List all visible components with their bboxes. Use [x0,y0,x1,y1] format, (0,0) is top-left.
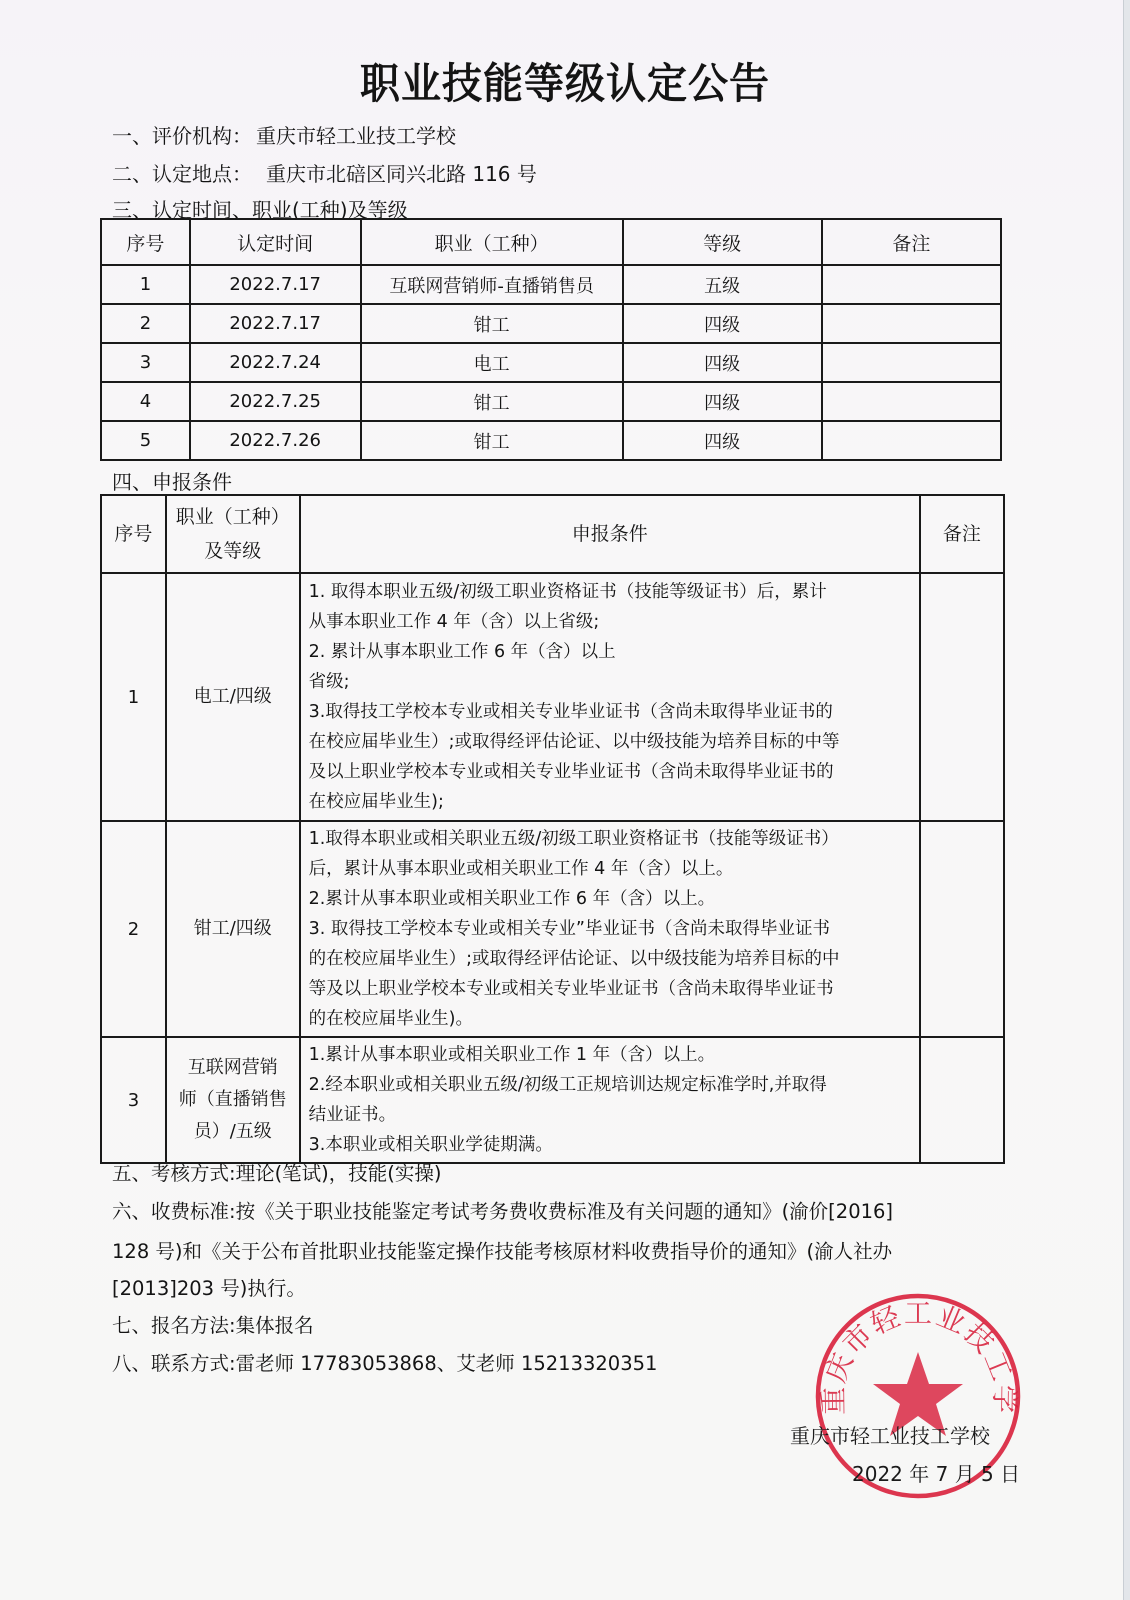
cell-conditions: 1. 取得本职业五级/初级工职业资格证书（技能等级证书）后，累计 从事本职业工作… [300,573,920,821]
section-contact: 八、联系方式:雷老师 17783053868、艾老师 15213320351 [112,1348,657,1376]
section-fee-line3: [2013]203 号)执行。 [112,1273,306,1301]
section-registration: 七、报名方法:集体报名 [112,1310,314,1338]
condition-line: 3.本职业或相关职业学徒期满。 [309,1130,915,1160]
cell-date: 2022.7.17 [190,304,361,343]
occupation-line: 员）/五级 [167,1116,299,1148]
occupation-line: 电工/四级 [167,681,299,713]
section-evaluator: 一、评价机构：重庆市轻工业技工学校 [112,120,456,149]
table-header-row: 序号 认定时间 职业（工种） 等级 备注 [101,219,1001,265]
condition-line: 在校应届毕业生); [309,787,915,817]
cell-date: 2022.7.25 [190,382,361,421]
cell-no: 2 [101,304,190,343]
signature-date: 2022 年 7 月 5 日 [852,1458,1020,1487]
document-page: 职业技能等级认定公告 一、评价机构：重庆市轻工业技工学校 二、认定地点：重庆市北… [0,0,1130,1600]
header-occupation-line1: 职业（工种） [167,500,299,534]
cell-no: 1 [101,265,190,304]
section-value: 重庆市轻工业技工学校 [256,124,456,148]
condition-line: 结业证书。 [309,1100,915,1130]
section-value: 重庆市北碚区同兴北路 116 号 [266,162,537,186]
table-row: 3 2022.7.24 电工 四级 [101,343,1001,382]
cell-no: 4 [101,382,190,421]
header-conditions: 申报条件 [300,495,920,573]
condition-line: 3. 取得技工学校本专业或相关专业”毕业证书（含尚未取得毕业证书 [309,914,915,944]
cell-conditions: 1.累计从事本职业或相关职业工作 1 年（含）以上。 2.经本职业或相关职业五级… [300,1037,920,1163]
cell-remark [920,821,1004,1037]
cell-remark [822,421,1001,460]
header-remark: 备注 [822,219,1001,265]
table-row: 1 2022.7.17 互联网营销师-直播销售员 五级 [101,265,1001,304]
occupation-line: 钳工/四级 [167,913,299,945]
cell-occupation: 钳工 [361,382,623,421]
section-conditions-heading: 四、申报条件 [112,466,232,495]
condition-line: 等及以上职业学校本专业或相关专业毕业证书（含尚未取得毕业证书 [309,974,915,1004]
section-assessment-method: 五、考核方式:理论(笔试)，技能(实操) [112,1158,442,1186]
condition-line: 的在校应届毕业生）;或取得经评估论证、以中级技能为培养目标的中 [309,944,915,974]
cell-occupation: 电工 [361,343,623,382]
cell-remark [920,1037,1004,1163]
condition-line: 1.取得本职业或相关职业五级/初级工职业资格证书（技能等级证书） [309,824,915,854]
condition-line: 1. 取得本职业五级/初级工职业资格证书（技能等级证书）后，累计 [309,577,915,607]
cell-no: 3 [101,343,190,382]
cell-remark [822,382,1001,421]
cell-date: 2022.7.24 [190,343,361,382]
table-row: 4 2022.7.25 钳工 四级 [101,382,1001,421]
table-row: 1 电工/四级 1. 取得本职业五级/初级工职业资格证书（技能等级证书）后，累计… [101,573,1004,821]
section-location: 二、认定地点：重庆市北碚区同兴北路 116 号 [112,158,537,187]
condition-line: 及以上职业学校本专业或相关专业毕业证书（含尚未取得毕业证书的 [309,757,915,787]
header-occupation: 职业（工种） 及等级 [166,495,300,573]
condition-line: 在校应届毕业生）;或取得经评估论证、以中级技能为培养目标的中等 [309,727,915,757]
condition-line: 2.累计从事本职业或相关职业工作 6 年（含）以上。 [309,884,915,914]
condition-line: 后，累计从事本职业或相关职业工作 4 年（含）以上。 [309,854,915,884]
table-row: 2 钳工/四级 1.取得本职业或相关职业五级/初级工职业资格证书（技能等级证书）… [101,821,1004,1037]
table-row: 3 互联网营销 师（直播销售 员）/五级 1.累计从事本职业或相关职业工作 1 … [101,1037,1004,1163]
document-title: 职业技能等级认定公告 [0,51,1130,111]
occupation-line: 互联网营销 [167,1052,299,1084]
table-row: 2 2022.7.17 钳工 四级 [101,304,1001,343]
condition-line: 1.累计从事本职业或相关职业工作 1 年（含）以上。 [309,1040,915,1070]
cell-level: 四级 [623,421,822,460]
header-level: 等级 [623,219,822,265]
condition-line: 3.取得技工学校本专业或相关专业毕业证书（含尚未取得毕业证书的 [309,697,915,727]
cell-level: 四级 [623,343,822,382]
cell-occupation: 电工/四级 [166,573,300,821]
section-fee-line2: 128 号)和《关于公布首批职业技能鉴定操作技能考核原材料收费指导价的通知》(渝… [112,1236,892,1264]
cell-no: 5 [101,421,190,460]
condition-line: 2.经本职业或相关职业五级/初级工正规培训达规定标准学时,并取得 [309,1070,915,1100]
cell-occupation: 钳工 [361,421,623,460]
condition-line: 2. 累计从事本职业工作 6 年（含）以上 [309,637,915,667]
occupation-line: 师（直播销售 [167,1084,299,1116]
header-remark: 备注 [920,495,1004,573]
cell-date: 2022.7.17 [190,265,361,304]
header-occupation: 职业（工种） [361,219,623,265]
cell-level: 四级 [623,382,822,421]
cell-date: 2022.7.26 [190,421,361,460]
cell-level: 五级 [623,265,822,304]
cell-occupation: 互联网营销师-直播销售员 [361,265,623,304]
header-no: 序号 [101,219,190,265]
header-date: 认定时间 [190,219,361,265]
cell-no: 3 [101,1037,166,1163]
section-label: 一、评价机构： [112,124,252,148]
condition-line: 的在校应届毕业生)。 [309,1004,915,1034]
cell-remark [822,304,1001,343]
condition-line: 从事本职业工作 4 年（含）以上省级; [309,607,915,637]
cell-no: 1 [101,573,166,821]
signature-organization: 重庆市轻工业技工学校 [790,1420,990,1449]
cell-conditions: 1.取得本职业或相关职业五级/初级工职业资格证书（技能等级证书） 后，累计从事本… [300,821,920,1037]
cell-occupation: 钳工 [361,304,623,343]
cell-occupation: 互联网营销 师（直播销售 员）/五级 [166,1037,300,1163]
conditions-table: 序号 职业（工种） 及等级 申报条件 备注 1 电工/四级 1. 取得本职业五级… [100,494,1005,1164]
scan-edge [1123,0,1130,1600]
condition-line: 省级; [309,667,915,697]
header-no: 序号 [101,495,166,573]
header-occupation-line2: 及等级 [167,534,299,568]
section-label: 二、认定地点： [112,162,252,186]
cell-remark [822,343,1001,382]
schedule-table: 序号 认定时间 职业（工种） 等级 备注 1 2022.7.17 互联网营销师-… [100,218,1002,461]
section-fee-line1: 六、收费标准:按《关于职业技能鉴定考试考务费收费标准及有关问题的通知》(渝价[2… [112,1196,893,1224]
table-header-row: 序号 职业（工种） 及等级 申报条件 备注 [101,495,1004,573]
table-row: 5 2022.7.26 钳工 四级 [101,421,1001,460]
cell-remark [920,573,1004,821]
cell-no: 2 [101,821,166,1037]
cell-level: 四级 [623,304,822,343]
cell-occupation: 钳工/四级 [166,821,300,1037]
cell-remark [822,265,1001,304]
